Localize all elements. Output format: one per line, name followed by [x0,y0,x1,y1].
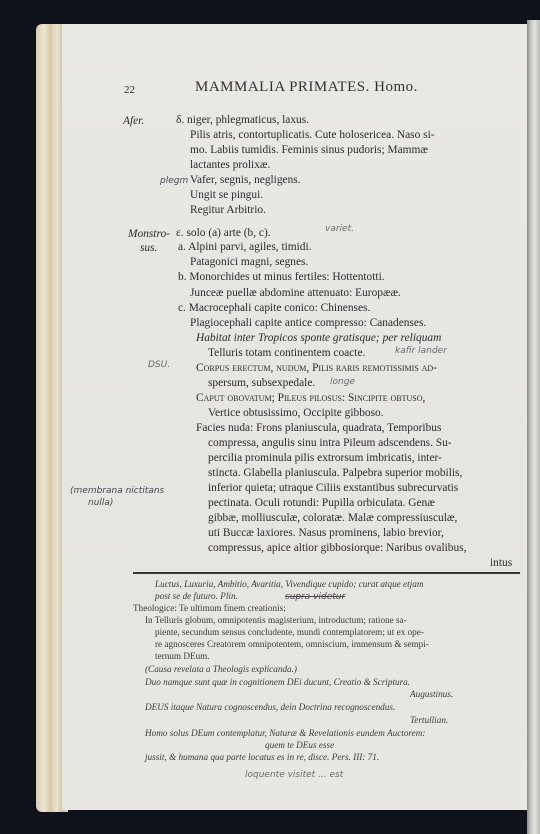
description-line: Habitat inter Tropicos sponte gratisque;… [196,333,441,344]
footnote-line: post se de futuro. Plin. [155,592,238,601]
footnote-line: Augustinus. [410,690,453,699]
footnote-rule [133,572,520,574]
footnote-line: Theologice: Te ultimum finem creationis; [133,604,286,613]
footnote-line: piente, secundum sensus concludente, mun… [155,628,424,637]
annotation-longe: longe [330,377,355,387]
footnote-line: jussit, & humana qua parte locatus es in… [145,753,379,762]
description-line: compressa, angulis sinu intra Pileum ads… [208,438,452,449]
monstrosus-line: ε. solo (a) arte (b, c). [176,228,271,239]
footnote-line: Homo solus DEum contemplatur, Naturæ & R… [145,729,425,738]
annotation-footnote-scrawl: supra videtur [285,592,345,602]
annotation-dsu: DSU. [148,360,170,370]
afer-line: Ungit se pingui. [190,190,263,201]
page-number: 22 [124,84,135,96]
footnote-line: re agnosceres Creatorem omnipotentem, om… [155,640,429,649]
description-line: pectinata. Oculi rotundi: Pupilla orbicu… [208,498,435,509]
description-line: Corpus erectum, nudum, Pilis raris remot… [196,363,437,374]
afer-line: Regitur Arbitrio. [190,205,266,216]
afer-line: δ. niger, phlegmaticus, laxus. [176,115,309,126]
running-head: MAMMALIA PRIMATES. Homo. [195,79,418,96]
description-line: Caput obovatum; Pileus pilosus: Sincipit… [196,393,425,404]
description-line: percilia prominula pilis extrorsum imbri… [208,453,442,464]
description-line: gibbæ, molliusculæ, coloratæ. Malæ compr… [208,513,457,524]
monstrosus-line: Junceæ puellæ abdomine attenuato: Europæ… [190,288,401,299]
annotation-kafir: kafir lander [395,346,447,356]
description-line: Vertice obtusissimo, Occipite gibboso. [208,408,384,419]
description-line: Telluris totam continentem coacte. [208,348,365,359]
footnote-line: Duo namque sunt quæ in cognitionem DEi d… [145,678,410,687]
footnote-line: DEUS itaque Natura cognoscendus, dein Do… [145,703,395,712]
monstrosus-line: b. Monorchides ut minus fertiles: Hotten… [178,272,385,283]
margin-label-afer: Afer. [123,115,144,127]
description-line: compressus, apice altior gibbosiorque: N… [208,543,466,554]
footnote-line: quem te DEus esse [265,741,334,750]
footnote-line: Luctus, Luxuria, Ambitio, Avaritia, Vive… [155,580,423,589]
afer-line: mo. Labiis tumidis. Feminis sinus pudori… [190,145,428,156]
margin-label-monstrosus-2: sus. [140,242,157,254]
annotation-nulla: nulla) [88,498,113,508]
footnote-line: Tertullian. [410,716,448,725]
annotation-plegm: plegm [160,176,188,186]
annotation-membrana: (membrana nictitans [70,486,164,496]
footnote-line: ternum DEum. [155,652,210,661]
description-line: spersum, subsexpedale. [208,378,315,389]
facing-page-edge [527,20,540,834]
afer-line: lactantes prolixæ. [190,160,270,171]
description-line: inferior quieta; utraque Ciliis exstanti… [208,483,458,494]
afer-line: Pilis atris, contortuplicatis. Cute holo… [190,130,435,141]
annotation-bottom-scrawl: loquente visitet ... est [245,770,343,780]
monstrosus-line: Plagiocephali capite antice compresso: C… [190,318,426,329]
description-line: intus [490,558,512,569]
monstrosus-line: a. Alpini parvi, agiles, timidi. [178,242,312,253]
description-line: stincta. Glabella planiuscula. Palpebra … [208,468,462,479]
description-line: uti Buccæ laxiores. Nasus prominens, lab… [208,528,444,539]
annotation-variet: variet. [325,224,354,234]
monstrosus-line: Patagonici magni, segnes. [190,257,308,268]
description-line: Facies nuda: Frons planiuscula, quadrata… [196,423,441,434]
footnote-line: In Telluris globum, omnipotentis magiste… [145,616,407,625]
afer-line: Vafer, segnis, negligens. [190,175,301,186]
monstrosus-line: c. Macrocephali capite conico: Chinenses… [178,303,370,314]
footnote-line: (Causa revelata a Theologis explicanda.) [145,665,297,674]
margin-label-monstrosus: Monstro- [128,228,170,240]
